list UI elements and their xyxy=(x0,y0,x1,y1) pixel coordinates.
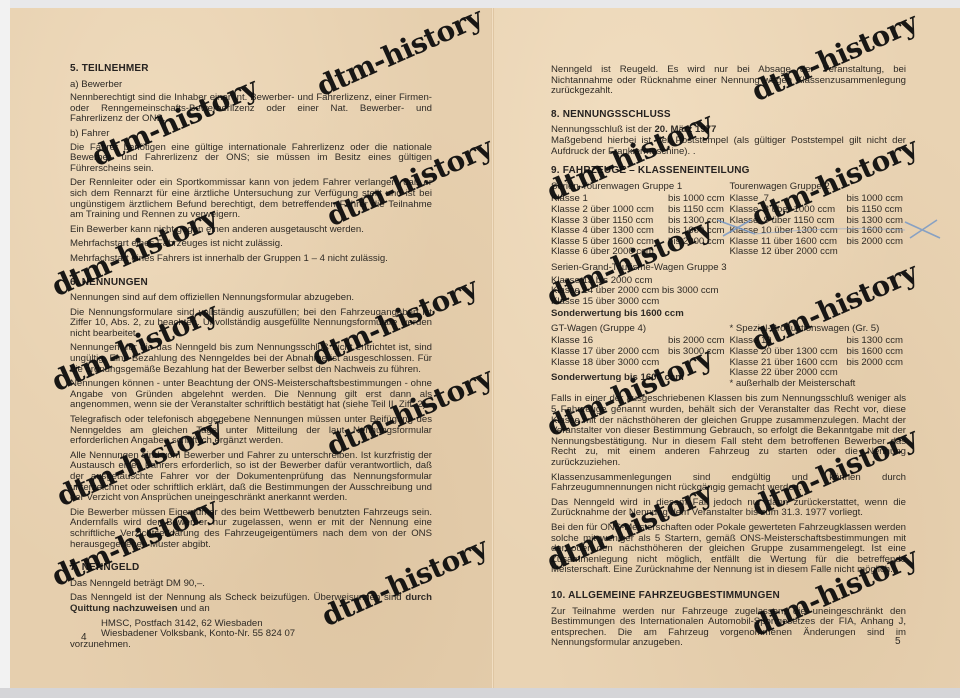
class-range-to: bis 2000 ccm xyxy=(846,358,903,369)
class-range-from: Klasse 12 über 2000 ccm xyxy=(729,247,846,258)
class-range-from: Klasse 6 über 2000 ccm xyxy=(551,247,668,258)
group-3-title: Serien-Grand-Tourisme-Wagen Gruppe 3 xyxy=(551,263,906,274)
section-6-paragraph: Nennungen, für die das Nenngeld bis zum … xyxy=(70,343,432,375)
nenngeld-amount: Das Nenngeld beträgt DM 90,–. xyxy=(70,579,432,590)
group-1: Serien-Tourenwagen Gruppe 1 Klasse 1bis … xyxy=(551,182,729,258)
group-5-title: * Spezial-Produktionswagen (Gr. 5) xyxy=(729,324,906,335)
payment-instructions: Das Nenngeld ist der Nennung als Scheck … xyxy=(70,593,432,614)
class-row: Klasse 2 über 1000 ccmbis 1150 ccm xyxy=(551,205,729,216)
section-9-paragraph: Bei den für ONS-Meisterschaften oder Pok… xyxy=(551,523,906,576)
section-6-paragraph: Alle Nennungen sind vom Bewerber und Fah… xyxy=(70,451,432,504)
class-row: Klasse 12 über 2000 ccm xyxy=(729,247,906,258)
group-5-note: * außerhalb der Meisterschaft xyxy=(729,379,906,390)
class-table-groups-4-5: GT-Wagen (Gruppe 4) Klasse 16bis 2000 cc… xyxy=(551,324,906,390)
section-9-paragraph: Falls in einer der ausgeschriebenen Klas… xyxy=(551,394,906,468)
group-3: Serien-Grand-Tourisme-Wagen Gruppe 3 Kla… xyxy=(551,263,906,320)
section-5-paragraph: Ein Bewerber kann nicht gegen einen ande… xyxy=(70,225,432,236)
page-number-left: 4 xyxy=(81,632,87,643)
group-4-title: GT-Wagen (Gruppe 4) xyxy=(551,324,729,335)
group-2-title: Tourenwagen Gruppe 2 xyxy=(729,182,906,193)
section-6-heading: 6. NENNUNGEN xyxy=(70,278,432,289)
postmark-note: Maßgebend hierbei ist der Poststempel (a… xyxy=(551,136,906,157)
left-page-content: 5. TEILNEHMER a) Bewerber Nennberechtigt… xyxy=(70,64,432,654)
bewerber-text: Nennberechtigt sind die Inhaber einer In… xyxy=(70,93,432,125)
section-6-paragraph: Nennungen können - unter Beachtung der O… xyxy=(70,379,432,411)
group-3-special: Sonderwertung bis 1600 ccm xyxy=(551,309,906,320)
right-page-content: Nenngeld ist Reugeld. Es wird nur bei Ab… xyxy=(551,65,906,653)
class-range-to: bis 2000 ccm xyxy=(668,237,725,248)
class-range-from: Klasse 8 über 1000 ccm xyxy=(729,205,846,216)
class-table-groups-1-2: Serien-Tourenwagen Gruppe 1 Klasse 1bis … xyxy=(551,182,906,258)
scan-border-bottom xyxy=(0,688,960,698)
class-range-to: bis 1150 ccm xyxy=(668,205,724,216)
payment-closing: vorzunehmen. xyxy=(70,640,432,651)
class-range-to: bis 3000 ccm xyxy=(668,347,725,358)
section-5-heading: 5. TEILNEHMER xyxy=(70,64,432,75)
scan-border-left xyxy=(0,0,10,698)
bewerber-label: a) Bewerber xyxy=(70,80,432,91)
page-number-right: 5 xyxy=(895,636,901,647)
section-10-heading: 10. ALLGEMEINE FAHRZEUGBESTIMMUNGEN xyxy=(551,591,906,602)
class-row: Klasse 8 über 1000 ccmbis 1150 ccm xyxy=(729,205,906,216)
section-5-paragraph: Der Rennleiter oder ein Sportkommissar k… xyxy=(70,178,432,220)
section-9-paragraph: Klassenzusammenlegungen sind endgültig u… xyxy=(551,473,906,494)
closing-date: 20. März 1977 xyxy=(654,124,716,135)
section-5-paragraph: Mehrfachstart eines Fahrers ist innerhal… xyxy=(70,254,432,265)
class-row: Klasse 15 über 3000 ccm xyxy=(551,297,906,308)
group-5: * Spezial-Produktionswagen (Gr. 5) Klass… xyxy=(729,324,906,390)
class-range-to: bis 1150 ccm xyxy=(846,205,902,216)
section-6-paragraph: Telegrafisch oder telefonisch abgegebene… xyxy=(70,415,432,447)
section-10-paragraph: Zur Teilnahme werden nur Fahrzeuge zugel… xyxy=(551,607,906,649)
section-8-heading: 8. NENNUNGSSCHLUSS xyxy=(551,110,906,121)
section-9-paragraph: Das Nenngeld wird in diesem Fall jedoch … xyxy=(551,498,906,519)
section-9-heading: 9. FAHRZEUGE – KLASSENEINTEILUNG xyxy=(551,166,906,177)
fahrer-label: b) Fahrer xyxy=(70,129,432,140)
group-1-title: Serien-Tourenwagen Gruppe 1 xyxy=(551,182,729,193)
group-4: GT-Wagen (Gruppe 4) Klasse 16bis 2000 cc… xyxy=(551,324,729,390)
section-5-paragraph: Mehrfachstart eines Fahrzeuges ist nicht… xyxy=(70,239,432,250)
class-row: Klasse 6 über 2000 ccm xyxy=(551,247,729,258)
reugeld-paragraph: Nenngeld ist Reugeld. Es wird nur bei Ab… xyxy=(551,65,906,97)
class-range-from: Klasse 2 über 1000 ccm xyxy=(551,205,668,216)
group-4-special: Sonderwertung bis 1600 ccm xyxy=(551,373,729,384)
section-6-paragraph: Nennungen sind auf dem offiziellen Nennu… xyxy=(70,293,432,304)
class-range-from: Klasse 18 über 3000 ccm xyxy=(551,358,668,369)
fahrer-text: Die Fahrer benötigen eine gültige intern… xyxy=(70,143,432,175)
section-6-paragraph: Die Bewerber müssen Eigentümer des beim … xyxy=(70,508,432,550)
group-2: Tourenwagen Gruppe 2 Klasse 7bis 1000 cc… xyxy=(729,182,906,258)
section-6-paragraph: Die Nennungsformulare sind vollständig a… xyxy=(70,308,432,340)
section-7-heading: 7. NENNGELD xyxy=(70,563,432,574)
page-fold xyxy=(491,8,494,690)
class-row: Klasse 18 über 3000 ccm xyxy=(551,358,729,369)
class-range-to: bis 2000 ccm xyxy=(846,237,903,248)
